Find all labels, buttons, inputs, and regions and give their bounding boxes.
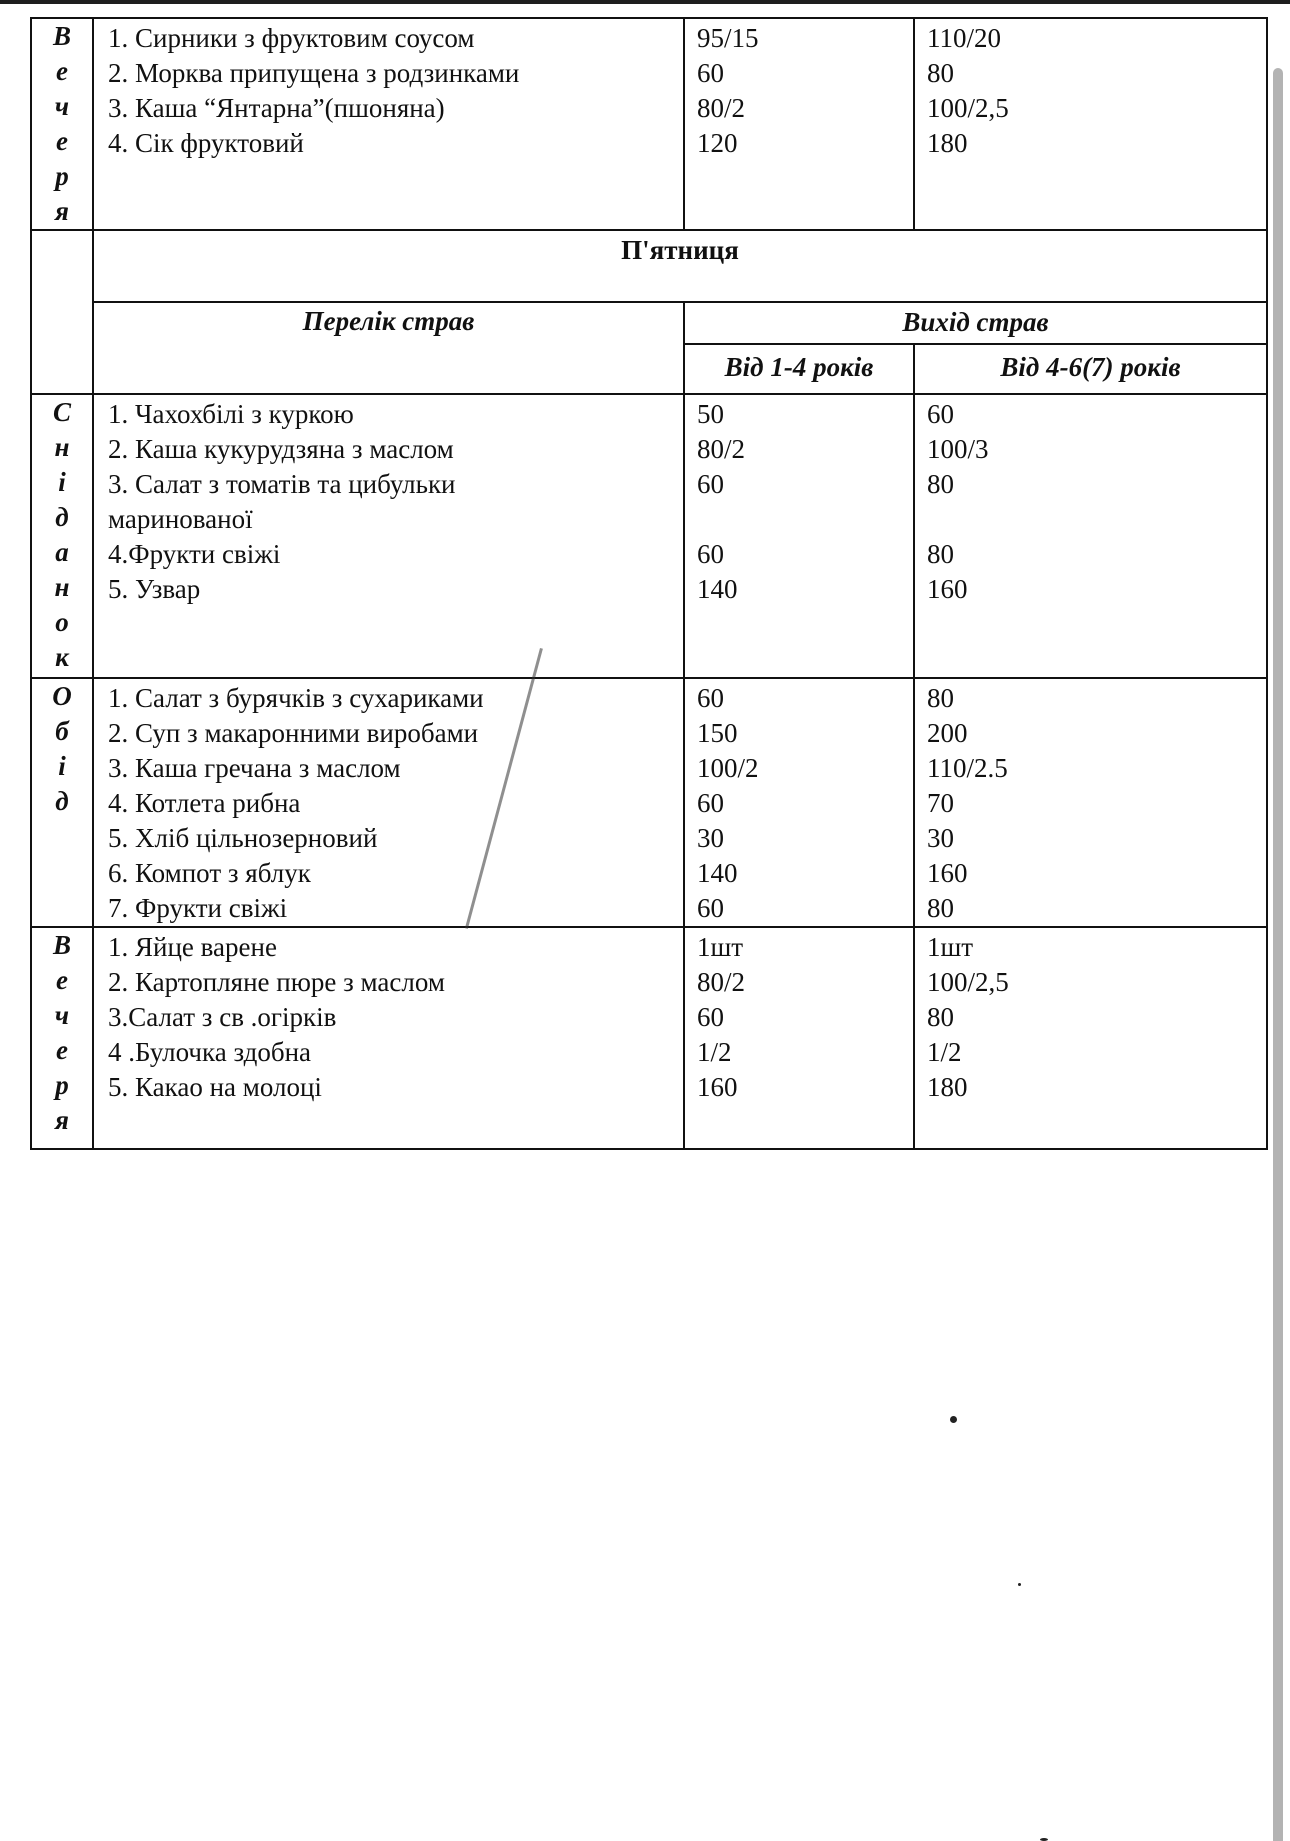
output-age-1-4: 5080/260 60140	[684, 394, 914, 678]
output-age-4-6: 1шт100/2,5801/2180	[914, 927, 1267, 1149]
dish-output-value: 80	[927, 1000, 1266, 1035]
dish-output-value: 110/20	[927, 21, 1266, 56]
header-dish-output: Вихід страв	[684, 302, 1267, 344]
dish-output-value: 60	[697, 467, 913, 502]
dish-output-value: 120	[697, 126, 913, 161]
meal-label-letter: а	[32, 535, 92, 570]
meal-label-letter: і	[32, 749, 92, 784]
output-age-1-4: 1шт80/2601/2160	[684, 927, 914, 1149]
dish-name: 3. Салат з томатів та цибульки	[108, 467, 683, 502]
dish-name: 1. Яйце варене	[108, 930, 683, 965]
dish-output-value: 200	[927, 716, 1266, 751]
dish-name: 2. Суп з макаронними виробами	[108, 716, 683, 751]
empty-label-cell	[31, 230, 93, 394]
meal-label-letter: б	[32, 714, 92, 749]
scan-speck	[1018, 1583, 1021, 1586]
dish-output-value: 95/15	[697, 21, 913, 56]
meal-label-letter: і	[32, 465, 92, 500]
scanned-document-page: Вечеря 1. Сирники з фруктовим соусом2. М…	[0, 0, 1268, 1841]
dish-name: 4.Фрукти свіжі	[108, 537, 683, 572]
meal-label-letter: е	[32, 54, 92, 89]
meal-section-dinner: Вечеря 1. Яйце варене2. Картопляне пюре …	[31, 927, 1267, 1149]
meal-label-letter: е	[32, 1033, 92, 1068]
dish-output-value: 100/2,5	[927, 91, 1266, 126]
meal-label-letter: ч	[32, 998, 92, 1033]
dish-name: 5. Узвар	[108, 572, 683, 607]
meal-label-letter: е	[32, 124, 92, 159]
output-age-4-6: 110/2080100/2,5180	[914, 18, 1267, 230]
meal-section-lunch: Обід 1. Салат з бурячків з сухариками2. …	[31, 678, 1267, 927]
dish-output-value: 140	[697, 856, 913, 891]
meal-section-prev-dinner: Вечеря 1. Сирники з фруктовим соусом2. М…	[31, 18, 1267, 230]
dish-name: 3.Салат з св .огірків	[108, 1000, 683, 1035]
dish-output-value: 160	[927, 572, 1266, 607]
dish-output-value: 100/2,5	[927, 965, 1266, 1000]
dish-output-value	[697, 502, 913, 537]
dish-name: 4. Котлета рибна	[108, 786, 683, 821]
meal-label-letter: ч	[32, 89, 92, 124]
dish-output-value: 60	[697, 537, 913, 572]
dish-list: 1. Сирники з фруктовим соусом2. Морква п…	[93, 18, 684, 230]
dish-output-value: 80	[927, 891, 1266, 926]
output-age-1-4: 95/156080/2120	[684, 18, 914, 230]
dish-output-value: 60	[697, 1000, 913, 1035]
meal-label-letter: я	[32, 194, 92, 229]
dish-name: 3. Каша “Янтарна”(пшоняна)	[108, 91, 683, 126]
output-age-1-4: 60150100/2603014060	[684, 678, 914, 927]
meal-label-letter: к	[32, 640, 92, 675]
dish-output-value: 60	[697, 891, 913, 926]
dish-output-value: 60	[927, 397, 1266, 432]
dish-output-value	[927, 502, 1266, 537]
day-title-row: П'ятниця	[31, 230, 1267, 302]
dish-name: 1. Салат з бурячків з сухариками	[108, 681, 683, 716]
meal-label: Обід	[31, 678, 93, 927]
dish-output-value: 80	[927, 467, 1266, 502]
dish-output-value: 80	[927, 681, 1266, 716]
dish-name: 1. Чахохбілі з куркою	[108, 397, 683, 432]
meal-label-letter: В	[32, 928, 92, 963]
dish-output-value: 50	[697, 397, 913, 432]
dish-name: 5. Какао на молоці	[108, 1070, 683, 1105]
dish-name: 4 .Булочка здобна	[108, 1035, 683, 1070]
dish-output-value: 1/2	[927, 1035, 1266, 1070]
meal-label-letter: я	[32, 1103, 92, 1138]
dish-output-value: 100/3	[927, 432, 1266, 467]
dish-list: 1. Яйце варене2. Картопляне пюре з масло…	[93, 927, 684, 1149]
dish-output-value: 80/2	[697, 965, 913, 1000]
dish-output-value: 150	[697, 716, 913, 751]
meal-label-letter: р	[32, 159, 92, 194]
meal-label-letter: н	[32, 570, 92, 605]
dish-name: 2. Картопляне пюре з маслом	[108, 965, 683, 1000]
dish-name: 2. Морква припущена з родзинками	[108, 56, 683, 91]
dish-output-value: 80/2	[697, 91, 913, 126]
dish-output-value: 100/2	[697, 751, 913, 786]
dish-name: 3. Каша гречана з маслом	[108, 751, 683, 786]
dish-output-value: 1шт	[927, 930, 1266, 965]
dish-output-value: 60	[697, 681, 913, 716]
meal-label: Вечеря	[31, 18, 93, 230]
meal-section-breakfast: Сніданок 1. Чахохбілі з куркою2. Каша ку…	[31, 394, 1267, 678]
dish-list: 1. Салат з бурячків з сухариками2. Суп з…	[93, 678, 684, 927]
header-age-1-4: Від 1-4 років	[684, 344, 914, 394]
meal-label-letter: р	[32, 1068, 92, 1103]
dish-output-value: 80	[927, 537, 1266, 572]
meal-label-letter: О	[32, 679, 92, 714]
day-title: П'ятниця	[93, 230, 1267, 302]
dish-name: 2. Каша кукурудзяна з маслом	[108, 432, 683, 467]
dish-list: 1. Чахохбілі з куркою2. Каша кукурудзяна…	[93, 394, 684, 678]
meal-label-letter: д	[32, 784, 92, 819]
dish-output-value: 30	[697, 821, 913, 856]
dish-output-value: 180	[927, 126, 1266, 161]
dish-name: 7. Фрукти свіжі	[108, 891, 683, 926]
dish-output-value: 60	[697, 786, 913, 821]
dish-name: 6. Компот з яблук	[108, 856, 683, 891]
dish-output-value: 140	[697, 572, 913, 607]
dish-output-value: 1шт	[697, 930, 913, 965]
dish-output-value: 1/2	[697, 1035, 913, 1070]
meal-label-letter: В	[32, 19, 92, 54]
dish-output-value: 180	[927, 1070, 1266, 1105]
dish-output-value: 30	[927, 821, 1266, 856]
dish-output-value: 80	[927, 56, 1266, 91]
dish-output-value: 60	[697, 56, 913, 91]
dish-name: 5. Хліб цільнозерновий	[108, 821, 683, 856]
header-dish-list: Перелік страв	[93, 302, 684, 394]
header-row: Перелік страв Вихід страв	[31, 302, 1267, 344]
dish-name: 1. Сирники з фруктовим соусом	[108, 21, 683, 56]
meal-label: Сніданок	[31, 394, 93, 678]
dish-name: маринованої	[108, 502, 683, 537]
meal-label-letter: д	[32, 500, 92, 535]
dish-output-value: 110/2.5	[927, 751, 1266, 786]
meal-label-letter: о	[32, 605, 92, 640]
dish-name: 4. Сік фруктовий	[108, 126, 683, 161]
meal-label: Вечеря	[31, 927, 93, 1149]
dish-output-value: 160	[697, 1070, 913, 1105]
scrollbar-thumb[interactable]	[1273, 68, 1283, 1841]
output-age-4-6: 60100/380 80160	[914, 394, 1267, 678]
dish-output-value: 160	[927, 856, 1266, 891]
meal-label-letter: е	[32, 963, 92, 998]
output-age-4-6: 80200110/2.5703016080	[914, 678, 1267, 927]
header-age-4-6: Від 4-6(7) років	[914, 344, 1267, 394]
meal-label-letter: н	[32, 430, 92, 465]
dish-output-value: 70	[927, 786, 1266, 821]
meal-label-letter: С	[32, 395, 92, 430]
dish-output-value: 80/2	[697, 432, 913, 467]
menu-table: Вечеря 1. Сирники з фруктовим соусом2. М…	[30, 17, 1268, 1150]
scan-speck	[950, 1416, 957, 1423]
